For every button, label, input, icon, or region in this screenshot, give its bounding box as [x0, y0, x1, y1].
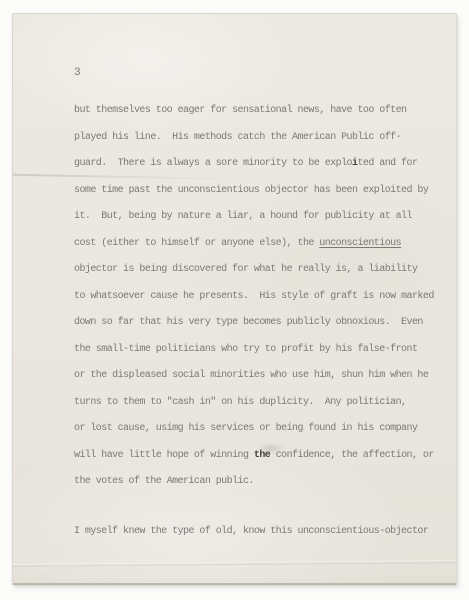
- text-line: down so far that his very type becomes p…: [74, 310, 452, 337]
- text-line: or lost cause, usimg his services or bei…: [74, 416, 452, 443]
- scanned-document: 3 but themselves too eager for sensation…: [0, 0, 469, 600]
- text-line: some time past the unconscientious objec…: [74, 178, 452, 205]
- text-segment: I myself knew the type of old, know this…: [74, 526, 428, 537]
- text-segment: the votes of the American public.: [74, 476, 254, 487]
- text-segment: turns to them to "cash in" on his duplic…: [74, 397, 407, 408]
- paper-crease: [13, 560, 456, 567]
- text-segment: confidence, the affection, or: [270, 450, 434, 461]
- text-segment: cost (either to himself or anyone else),…: [74, 238, 319, 249]
- text-segment: it. But, being by nature a liar, a hound…: [74, 211, 412, 222]
- text-segment: some time past the unconscientious objec…: [74, 185, 428, 196]
- text-line: guard. There is always a sore minority t…: [74, 151, 452, 178]
- text-line: turns to them to "cash in" on his duplic…: [74, 390, 452, 417]
- page-number: 3: [74, 66, 81, 80]
- text-line: played his line. His methods catch the A…: [74, 125, 452, 152]
- text-segment: or the displeased social minorities who …: [74, 370, 428, 381]
- text-line: but themselves too eager for sensational…: [74, 98, 452, 125]
- text-segment: to whatsoever cause he presents. His sty…: [74, 291, 434, 302]
- text-line: objector is being discovered for what he…: [74, 257, 452, 284]
- text-line: I myself knew the type of old, know this…: [74, 519, 452, 546]
- text-line: cost (either to himself or anyone else),…: [74, 231, 452, 258]
- text-line: it. But, being by nature a liar, a hound…: [74, 204, 452, 231]
- text-line: the votes of the American public.: [74, 469, 452, 496]
- text-segment: ted and for: [357, 158, 417, 169]
- underlined-text: unconscientious: [319, 238, 401, 249]
- text-segment: or lost cause, usimg his services or bei…: [74, 423, 417, 434]
- text-segment: objector is being discovered for what he…: [74, 264, 417, 275]
- text-segment: guard. There is always a sore minority t…: [74, 158, 352, 169]
- text-segment: will have little hope of winning: [74, 450, 254, 461]
- overstruck-text: the: [254, 450, 270, 461]
- text-line: to whatsoever cause he presents. His sty…: [74, 284, 452, 311]
- text-line: or the displeased social minorities who …: [74, 363, 452, 390]
- text-segment: played his line. His methods catch the A…: [74, 132, 401, 143]
- text-line: the small-time politicians who try to pr…: [74, 337, 452, 364]
- text-segment: the small-time politicians who try to pr…: [74, 344, 417, 355]
- document-page: 3 but themselves too eager for sensation…: [12, 13, 457, 585]
- paragraph: but themselves too eager for sensational…: [74, 98, 452, 496]
- text-line: will have little hope of winning the con…: [74, 443, 452, 470]
- paragraph: I myself knew the type of old, know this…: [74, 519, 452, 546]
- typed-text: but themselves too eager for sensational…: [74, 98, 452, 545]
- text-segment: but themselves too eager for sensational…: [74, 105, 407, 116]
- text-segment: down so far that his very type becomes p…: [74, 317, 423, 328]
